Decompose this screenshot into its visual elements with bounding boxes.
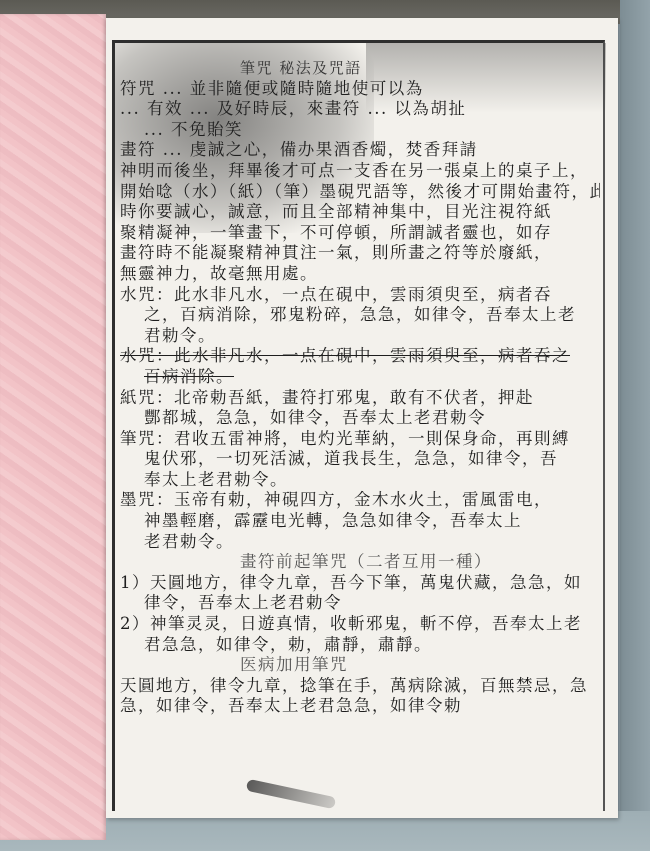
text-line: 百病消除。 (120, 367, 600, 388)
text-line: 畫符 ... 虔誠之心，備办果酒香燭，焚香拜請 (120, 140, 600, 161)
photocopied-page: 筆咒 秘法及咒語 符咒 ... 並非隨便或隨時隨地使可以為 ... 有效 ...… (106, 18, 618, 818)
text-line: 老君勅令。 (120, 532, 600, 553)
handwritten-text: 筆咒 秘法及咒語 符咒 ... 並非隨便或隨時隨地使可以為 ... 有效 ...… (120, 58, 600, 717)
text-line: ... 不免貽笑 (120, 120, 600, 141)
text-line: ... 有效 ... 及好時辰，來畫符 ... 以為胡扯 (120, 99, 600, 120)
text-line: 神墨輕磨，霹靂电光轉，急急如律令，吾奉太上 (120, 511, 600, 532)
spell-label: 墨咒： (120, 490, 174, 509)
spell-water: 水咒：此水非凡水，一点在硯中，雲雨須臾至，病者吞 (120, 285, 600, 306)
numbered-item: 2）神筆灵灵，日遊真情，收斬邪鬼，斬不停，吾奉太上老 (120, 614, 600, 635)
text-line: 畫符時不能凝聚精神貫注一氣，則所畫之符等於廢紙， (120, 243, 600, 264)
page-title: 筆咒 秘法及咒語 (120, 58, 600, 79)
spell-label: 水咒： (120, 346, 174, 365)
section-heading: 畫符前起筆咒（二者互用一種） (120, 552, 600, 573)
spell-brush: 筆咒：君收五雷神將，电灼光華納，一則保身命，再則縛 (120, 429, 600, 450)
text-line: 無靈神力，故毫無用處。 (120, 264, 600, 285)
text-line: 律令，吾奉太上老君勅令 (120, 593, 600, 614)
text-line: 君急急，如律令，勅，肅靜，肅靜。 (120, 635, 600, 656)
text-line: 酆都城，急急，如律令，吾奉太上老君勅令 (120, 408, 600, 429)
spell-label: 筆咒： (120, 429, 174, 448)
numbered-item: 1）天圓地方，律令九章，吾今下筆，萬鬼伏藏，急急，如 (120, 573, 600, 594)
backdrop-right (620, 0, 650, 851)
pink-cover-sheet (0, 14, 106, 840)
text-line: 天圓地方，律令九章，捻筆在手，萬病除滅，百無禁忌，急 (120, 676, 600, 697)
text-line: 之，百病消除，邪鬼粉碎，急急，如律令，吾奉太上老 (120, 305, 600, 326)
text-line: 急，如律令，吾奉太上老君急急，如律令勅 (120, 696, 600, 717)
text-line: 君勅令。 (120, 326, 600, 347)
text-line: 鬼伏邪，一切死活滅，道我長生，急急，如律令，吾 (120, 449, 600, 470)
text-line: 神明而後坐，拜畢後才可点一支香在另一張桌上的桌子上， (120, 161, 600, 182)
text-line: 聚精凝神，一筆畫下，不可停頓，所謂誠者靈也，如存 (120, 223, 600, 244)
spell-paper: 紙咒：北帝勅吾紙，畫符打邪鬼，敢有不伏者，押赴 (120, 388, 600, 409)
text-line: 符咒 ... 並非隨便或隨時隨地使可以為 (120, 79, 600, 100)
text-line: 奉太上老君勅令。 (120, 470, 600, 491)
spell-label: 紙咒： (120, 388, 174, 407)
section-heading: 医病加用筆咒 (120, 655, 600, 676)
spell-water-struck: 水咒：此水非凡水，一点在硯中，雲雨須臾至，病者吞之 (120, 346, 600, 367)
text-line: 開始唸（水）（紙）（筆）墨硯咒語等，然後才可開始畫符，此 (120, 182, 600, 203)
spell-ink: 墨咒：玉帝有勅，神硯四方，金木水火土，雷風雷电， (120, 490, 600, 511)
spell-label: 水咒： (120, 285, 174, 304)
text-line: 時你要誠心，誠意，而且全部精神集中，目光注視符紙 (120, 202, 600, 223)
